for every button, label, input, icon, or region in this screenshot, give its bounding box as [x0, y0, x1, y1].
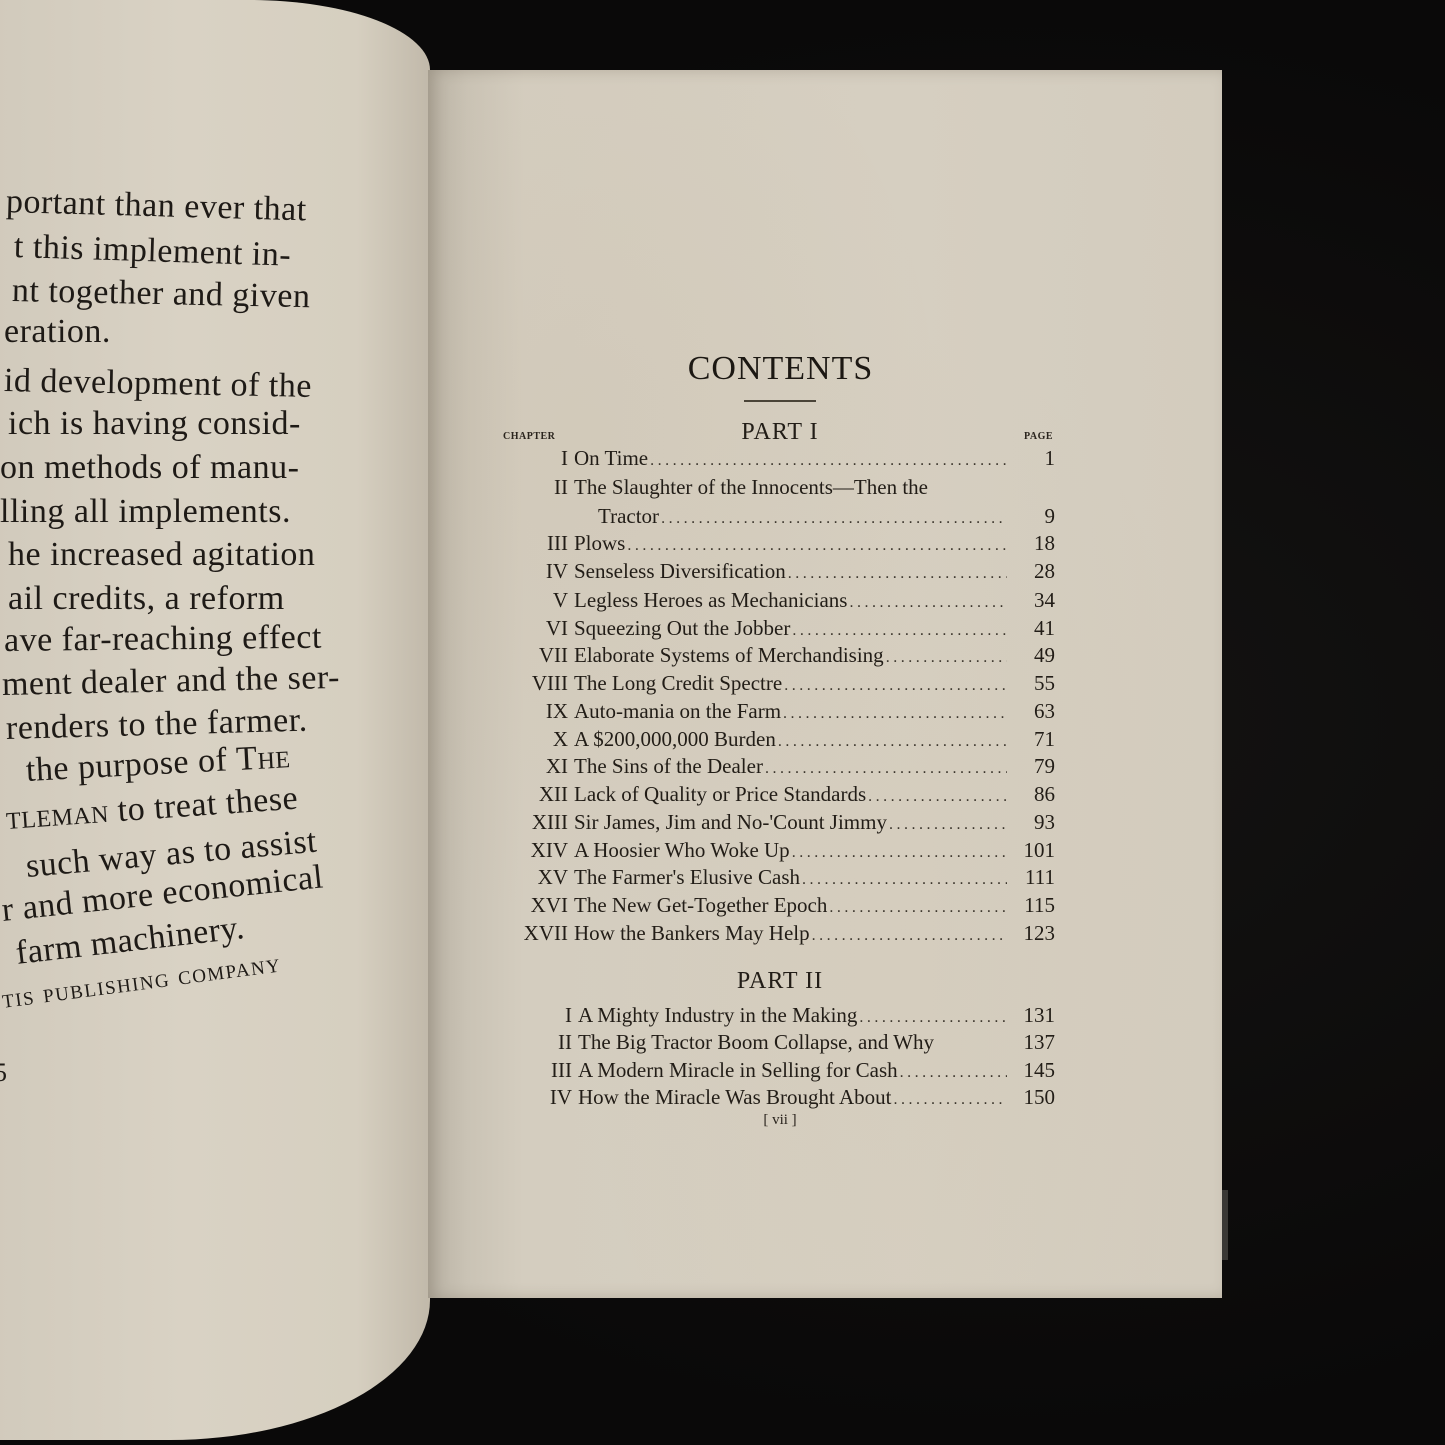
dot-leader: ........................................…: [887, 816, 1007, 834]
page-number: 150: [1007, 1085, 1055, 1110]
chapter-number: IX: [490, 699, 574, 724]
chapter-title: The Farmer's Elusive Cash: [574, 865, 800, 890]
chapter-title: Senseless Diversification: [574, 559, 786, 584]
toc-row[interactable]: II The Big Tractor Boom Collapse, and Wh…: [490, 1030, 1055, 1058]
title-rule-divider: [744, 400, 816, 402]
chapter-title: A $200,000,000 Burden: [574, 727, 776, 752]
chapter-number: III: [490, 1058, 578, 1083]
chapter-title: The New Get-Together Epoch: [574, 893, 827, 918]
chapter-number: VIII: [490, 671, 574, 696]
chapter-number: VI: [490, 616, 574, 641]
page-number: 123: [1007, 921, 1055, 946]
chapter-title: On Time: [574, 446, 648, 471]
part-heading: PART II: [660, 968, 900, 995]
page-number: 131: [1007, 1003, 1055, 1028]
left-text-line: lling all implements.: [0, 493, 291, 531]
chapter-title: The Sins of the Dealer: [574, 754, 763, 779]
page-number: 41: [1007, 616, 1055, 641]
toc-row[interactable]: XII Lack of Quality or Price Standards .…: [490, 782, 1055, 810]
page-number: 71: [1007, 727, 1055, 752]
chapter-number: XVI: [490, 893, 574, 918]
chapter-number: IV: [490, 1085, 578, 1110]
toc-row[interactable]: XIV A Hoosier Who Woke Up ..............…: [490, 838, 1055, 866]
chapter-title: Auto-mania on the Farm: [574, 699, 781, 724]
chapter-number: XI: [490, 754, 574, 779]
left-page: portant than ever that t this implement …: [0, 0, 430, 1440]
toc-row[interactable]: III A Modern Miracle in Selling for Cash…: [490, 1058, 1055, 1086]
toc-row[interactable]: VI Squeezing Out the Jobber ............…: [490, 616, 1055, 644]
toc-row[interactable]: XV The Farmer's Elusive Cash ...........…: [490, 865, 1055, 893]
chapter-number: X: [490, 727, 574, 752]
left-text-line: nt together and given: [12, 272, 311, 316]
toc-row[interactable]: IV Senseless Diversification ...........…: [490, 559, 1055, 587]
page-number: 1: [1007, 446, 1055, 471]
page-number: 34: [1007, 588, 1055, 613]
chapter-number: IV: [490, 559, 574, 584]
chapter-title: Squeezing Out the Jobber: [574, 616, 790, 641]
page-number: 101: [1007, 838, 1055, 863]
dot-leader: ........................................…: [625, 537, 1007, 555]
page-number: 111: [1007, 865, 1055, 890]
left-text-line: ail credits, a reform: [8, 580, 285, 618]
chapter-title: Elaborate Systems of Merchandising: [574, 643, 884, 668]
toc-row[interactable]: IX Auto-mania on the Farm ..............…: [490, 699, 1055, 727]
left-text-line: he increased agitation: [8, 536, 315, 574]
left-text-line: id development of the: [4, 362, 313, 406]
left-text-smallcaps: The: [235, 738, 291, 778]
dot-leader: ........................................…: [857, 1009, 1007, 1027]
dot-leader: ........................................…: [790, 844, 1007, 862]
left-text-line: t this implement in-: [13, 228, 291, 275]
book-photo: portant than ever that t this implement …: [0, 0, 1445, 1445]
dot-leader: ........................................…: [763, 760, 1007, 778]
toc-row[interactable]: V Legless Heroes as Mechanicians .......…: [490, 588, 1055, 616]
dot-leader: ........................................…: [810, 927, 1007, 945]
chapter-title: Legless Heroes as Mechanicians: [574, 588, 847, 613]
chapter-number: XVII: [490, 921, 574, 946]
chapter-title: The Long Credit Spectre: [574, 671, 782, 696]
chapter-number: XIII: [490, 810, 574, 835]
dot-leader: ........................................…: [781, 705, 1007, 723]
toc-row[interactable]: III Plows ..............................…: [490, 531, 1055, 559]
chapter-number: II: [490, 475, 574, 500]
chapter-title: Lack of Quality or Price Standards: [574, 782, 866, 807]
dot-leader: ........................................…: [659, 510, 1007, 528]
dot-leader: ........................................…: [827, 899, 1007, 917]
page-number: 9: [1007, 504, 1055, 529]
dot-leader: ........................................…: [790, 622, 1007, 640]
page-number: 79: [1007, 754, 1055, 779]
dot-leader: ........................................…: [898, 1064, 1007, 1082]
page-title: CONTENTS: [428, 350, 1133, 388]
dot-leader: ........................................…: [891, 1091, 1007, 1109]
toc-row-continuation[interactable]: Tractor ................................…: [490, 504, 1055, 532]
chapter-number: XV: [490, 865, 574, 890]
part-heading: PART I: [660, 419, 900, 446]
toc-row[interactable]: VII Elaborate Systems of Merchandising .…: [490, 643, 1055, 671]
chapter-title: Sir James, Jim and No-'Count Jimmy: [574, 810, 887, 835]
page-column-label: PAGE: [1024, 431, 1053, 442]
left-text-line: on methods of manu-: [0, 449, 299, 487]
toc-row[interactable]: X A $200,000,000 Burden ................…: [490, 727, 1055, 755]
toc-row[interactable]: IV How the Miracle Was Brought About ...…: [490, 1085, 1055, 1113]
toc-row[interactable]: XVII How the Bankers May Help ..........…: [490, 921, 1055, 949]
dot-leader: ........................................…: [648, 452, 1007, 470]
left-text-line: portant than ever that: [5, 183, 307, 229]
page-number: 18: [1007, 531, 1055, 556]
chapter-number: VII: [490, 643, 574, 668]
toc-row[interactable]: XIII Sir James, Jim and No-'Count Jimmy …: [490, 810, 1055, 838]
dot-leader: ........................................…: [782, 677, 1007, 695]
chapter-title: A Mighty Industry in the Making: [578, 1003, 857, 1028]
chapter-title: Plows: [574, 531, 625, 556]
left-page-text-block: portant than ever that t this implement …: [0, 0, 430, 1440]
chapter-number: V: [490, 588, 574, 613]
page-number: 115: [1007, 893, 1055, 918]
toc-row[interactable]: I A Mighty Industry in the Making ......…: [490, 1003, 1055, 1031]
chapter-title: A Modern Miracle in Selling for Cash: [578, 1058, 898, 1083]
chapter-number: II: [490, 1030, 578, 1055]
chapter-title: A Hoosier Who Woke Up: [574, 838, 790, 863]
left-text-line: eration.: [4, 313, 111, 351]
chapter-title-continuation: Tractor: [598, 504, 659, 529]
toc-row[interactable]: I On Time ..............................…: [490, 446, 1055, 474]
chapter-number: XIV: [490, 838, 574, 863]
chapter-title: How the Bankers May Help: [574, 921, 810, 946]
page-number: 86: [1007, 782, 1055, 807]
page-number: 28: [1007, 559, 1055, 584]
page-folio: [ vii ]: [760, 1112, 800, 1129]
chapter-title: How the Miracle Was Brought About: [578, 1085, 891, 1110]
dot-leader: ........................................…: [884, 649, 1007, 667]
left-text-line: ich is having consid-: [8, 405, 301, 443]
dot-leader: ........................................…: [800, 871, 1007, 889]
toc-row[interactable]: VIII The Long Credit Spectre ...........…: [490, 671, 1055, 699]
dot-leader: ........................................…: [847, 594, 1007, 612]
page-number: 137: [1007, 1030, 1055, 1055]
chapter-column-label: CHAPTER: [503, 431, 555, 442]
chapter-number: XII: [490, 782, 574, 807]
toc-row[interactable]: XI The Sins of the Dealer ..............…: [490, 754, 1055, 782]
dot-leader: ........................................…: [776, 733, 1007, 751]
chapter-number: III: [490, 531, 574, 556]
page-number: 63: [1007, 699, 1055, 724]
chapter-number: I: [490, 1003, 578, 1028]
page-number: 145: [1007, 1058, 1055, 1083]
dot-leader: ........................................…: [786, 565, 1007, 583]
left-text-smallcaps: tleman: [5, 793, 110, 837]
left-folio-fragment: 5: [0, 1058, 8, 1088]
page-number: 93: [1007, 810, 1055, 835]
chapter-title: The Slaughter of the Innocents—Then the: [574, 475, 928, 500]
left-text-fragment: to treat these: [107, 780, 299, 830]
chapter-number: I: [490, 446, 574, 471]
dot-leader: ........................................…: [866, 788, 1007, 806]
left-text-fragment: the purpose of: [25, 741, 228, 788]
page-number: 49: [1007, 643, 1055, 668]
left-text-line: ment dealer and the ser-: [2, 659, 341, 704]
page-number: 55: [1007, 671, 1055, 696]
left-text-line: ave far-reaching effect: [4, 619, 322, 660]
toc-row[interactable]: XVI The New Get-Together Epoch .........…: [490, 893, 1055, 921]
toc-row[interactable]: II The Slaughter of the Innocents—Then t…: [490, 475, 1055, 503]
chapter-title: The Big Tractor Boom Collapse, and Why: [578, 1030, 934, 1055]
